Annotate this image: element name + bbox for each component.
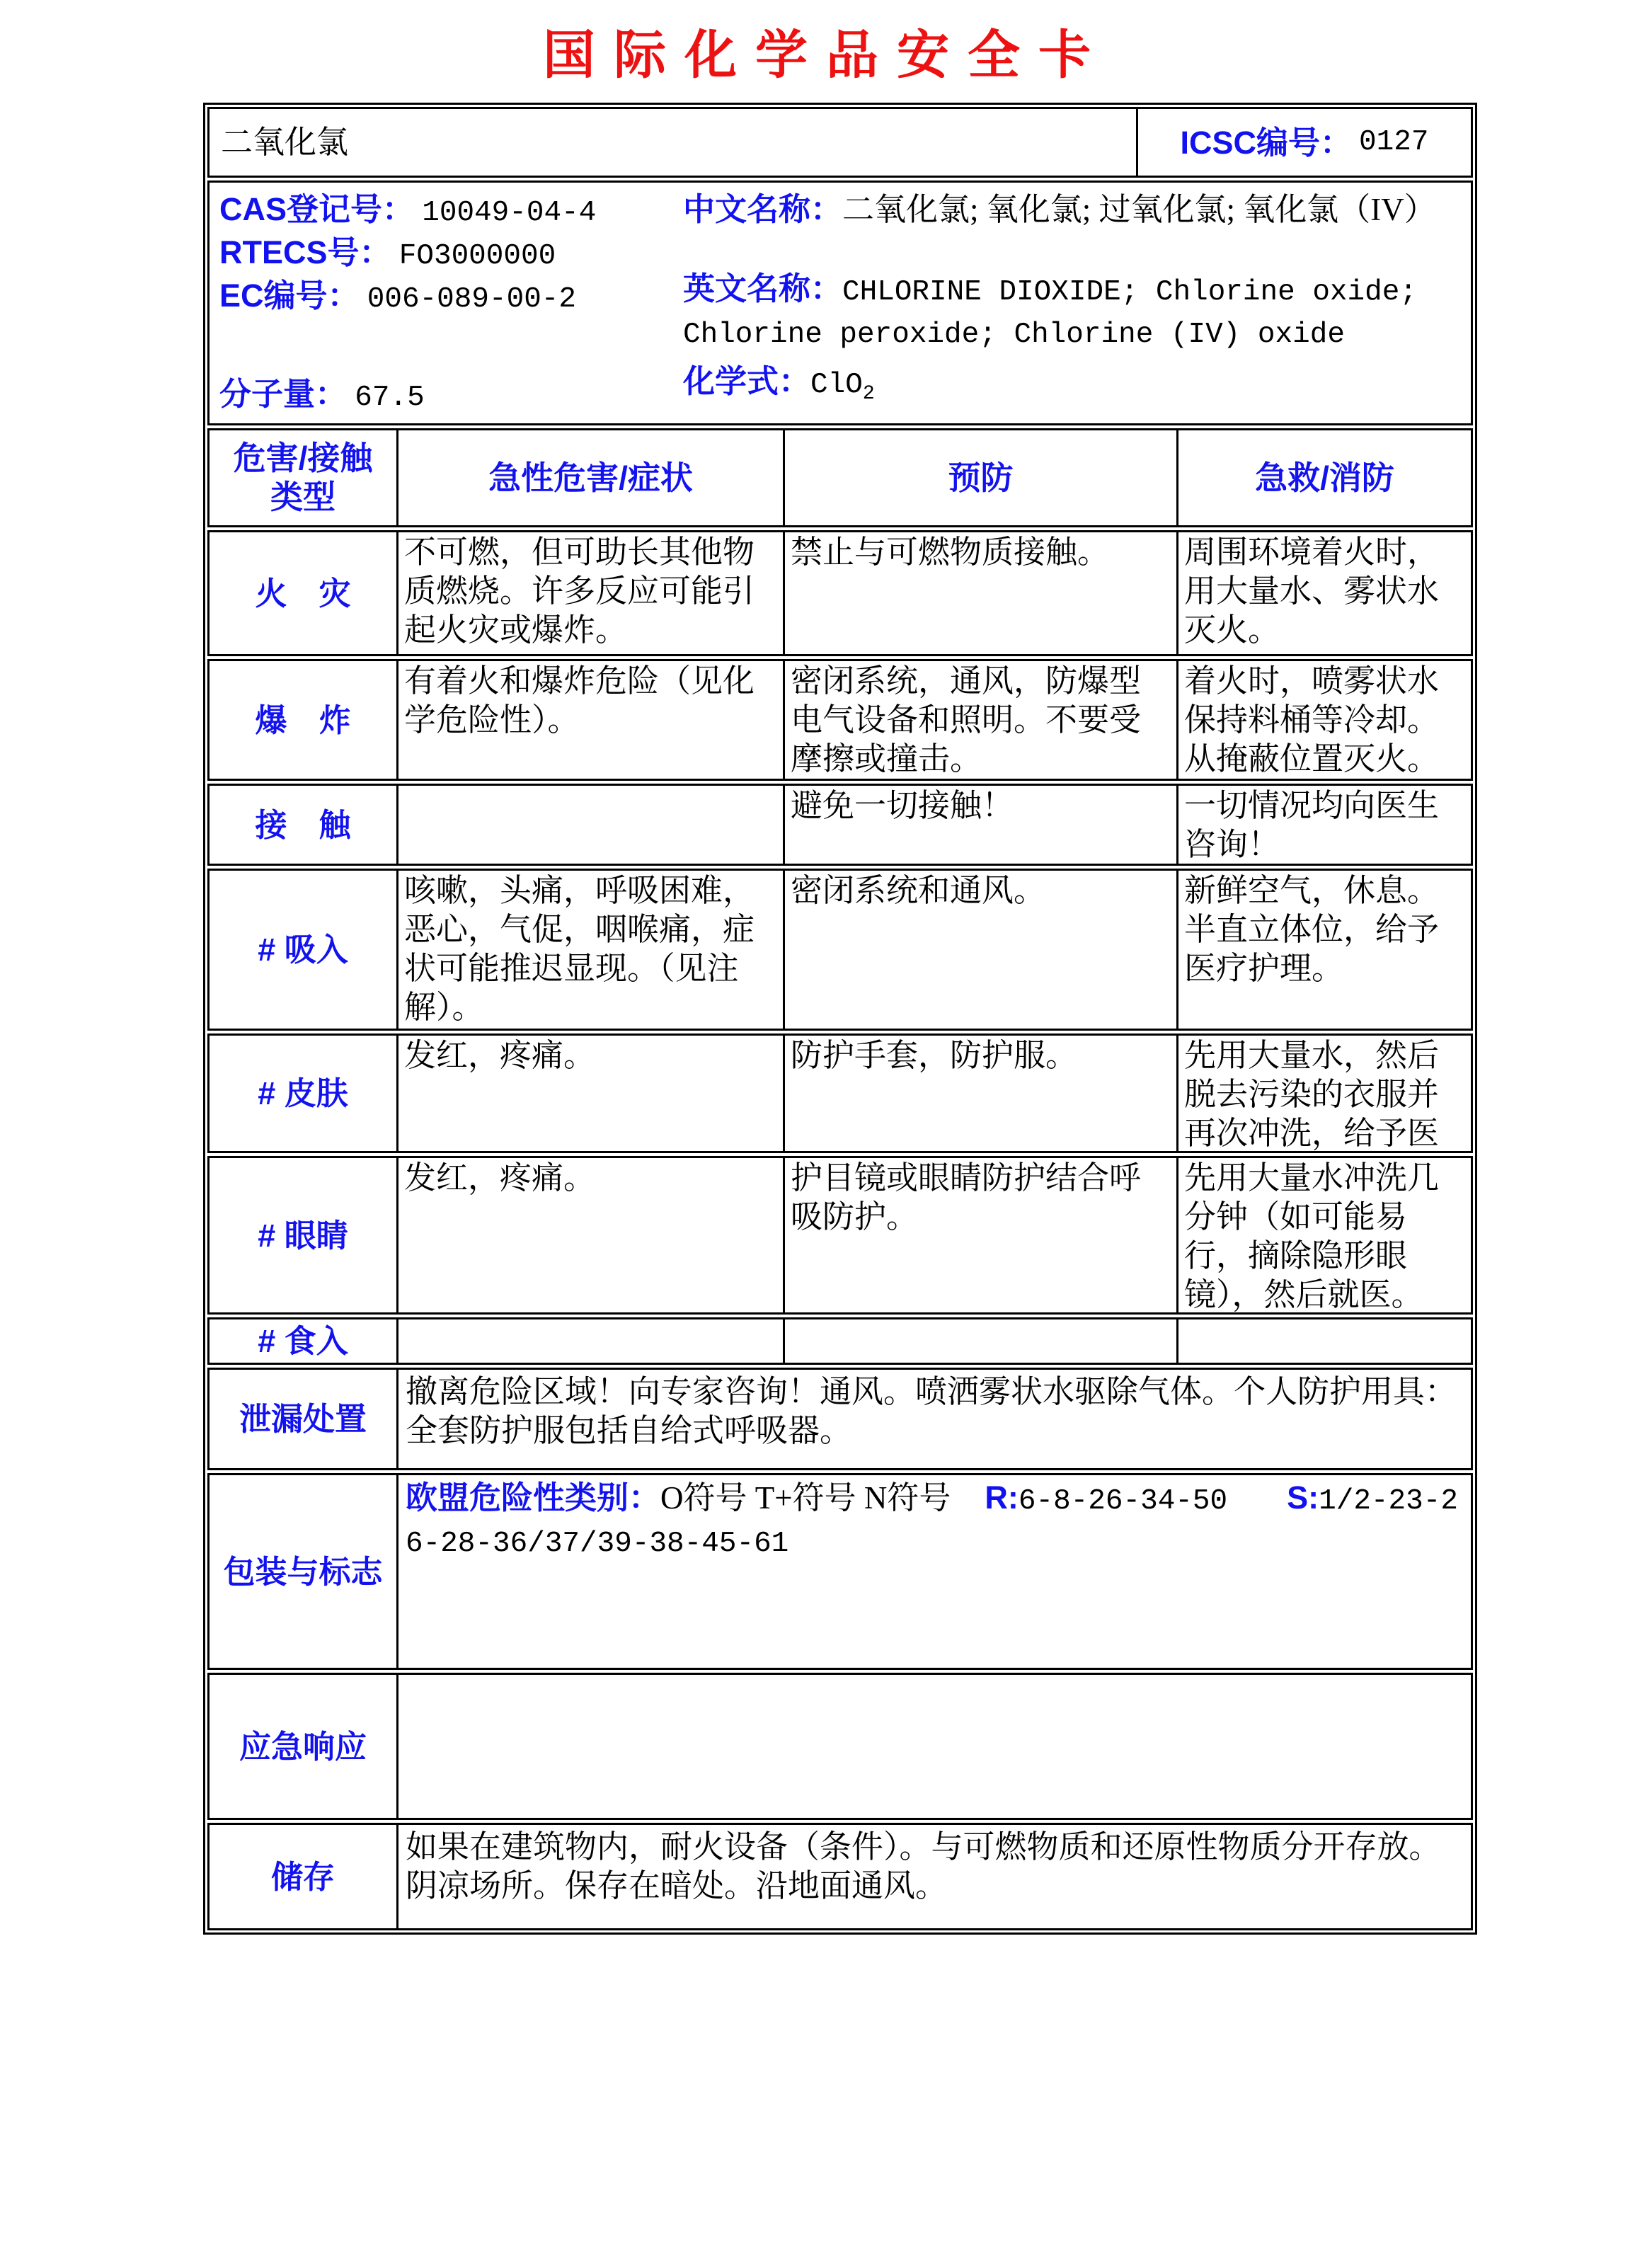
inhalation-response: 新鲜空气，休息。半直立体位，给予医疗护理。: [1178, 871, 1471, 1029]
rtecs-label: RTECS号：: [219, 234, 391, 270]
rtecs-line: RTECS号： FO3000000: [219, 233, 683, 276]
storage-content: 如果在建筑物内，耐火设备（条件）。与可燃物质和还原性物质分开存放。阴凉场所。保存…: [398, 1825, 1471, 1928]
skin-prevention: 防护手套，防护服。: [785, 1036, 1178, 1151]
section-packaging-labelling: 包装与标志 欧盟危险性类别：O符号 T+符号 N符号R:6-8-26-34-50…: [207, 1473, 1473, 1670]
r-phrase-value: 6-8-26-34-50: [1019, 1485, 1227, 1518]
explosion-prevention: 密闭系统，通风，防爆型电气设备和照明。不要受摩擦或撞击。: [785, 661, 1178, 779]
ingestion-symptoms: [398, 1319, 785, 1363]
row-label-skin: # 皮肤: [210, 1036, 398, 1151]
cas-label: CAS登记号：: [219, 191, 414, 227]
rtecs-value: FO3000000: [399, 240, 556, 273]
fire-symptoms: 不可燃，但可助长其他物质燃烧。许多反应可能引起火灾或爆炸。: [398, 532, 785, 654]
header-prevention: 预防: [785, 430, 1178, 525]
english-name-line: 英文名称：CHLORINE DIOXIDE; Chlorine oxide; C…: [683, 269, 1462, 355]
eu-class-label: 欧盟危险性类别：: [406, 1479, 660, 1516]
icsc-page: 国际化学品安全卡 二氧化氯 ICSC编号： 0127 CAS登记号： 10049…: [0, 0, 1652, 2256]
identity-row: CAS登记号： 10049-04-4 RTECS号： FO3000000 EC编…: [207, 181, 1473, 425]
substance-name: 二氧化氯: [210, 109, 1136, 176]
table-row-contact: 接 触 避免一切接触！ 一切情况均向医生咨询！: [207, 784, 1473, 866]
header-first-aid: 急救/消防: [1178, 430, 1471, 525]
row-label-explosion: 爆 炸: [210, 661, 398, 779]
s-phrase-label: S:: [1287, 1479, 1319, 1516]
r-phrase-label: R:: [985, 1479, 1018, 1516]
skin-symptoms: 发红，疼痛。: [398, 1036, 785, 1151]
formula-value: ClO2: [810, 369, 875, 401]
inhalation-symptoms: 咳嗽，头痛，呼吸困难，恶心，气促，咽喉痛，症状可能推迟显现。（见注解）。: [398, 871, 785, 1029]
section-emergency-response: 应急响应: [207, 1673, 1473, 1820]
table-row-explosion: 爆 炸 有着火和爆炸危险（见化学危险性）。 密闭系统，通风，防爆型电气设备和照明…: [207, 659, 1473, 781]
chinese-name-label: 中文名称：: [683, 191, 842, 227]
eu-symbols: O符号 T+符号 N符号: [660, 1480, 951, 1516]
chinese-name-line: 中文名称：二氧化氯; 氧化氯; 过氧化氯; 氧化氯（IV）: [683, 190, 1462, 229]
header-hazard-type: 危害/接触 类型: [210, 430, 398, 525]
eyes-symptoms: 发红，疼痛。: [398, 1158, 785, 1312]
row-label-fire: 火 灾: [210, 532, 398, 654]
section-storage: 储存 如果在建筑物内，耐火设备（条件）。与可燃物质和还原性物质分开存放。阴凉场所…: [207, 1823, 1473, 1930]
header-acute-hazards: 急性危害/症状: [398, 430, 785, 525]
ingestion-response: [1178, 1319, 1471, 1363]
row-label-inhalation: # 吸入: [210, 871, 398, 1029]
hazard-header-row: 危害/接触 类型 急性危害/症状 预防 急救/消防: [207, 428, 1473, 527]
emergency-label: 应急响应: [210, 1675, 398, 1818]
packaging-content: 欧盟危险性类别：O符号 T+符号 N符号R:6-8-26-34-50S:1/2-…: [398, 1475, 1471, 1668]
spill-content: 撤离危险区域！向专家咨询！通风。喷洒雾状水驱除气体。个人防护用具：全套防护服包括…: [398, 1370, 1471, 1468]
contact-prevention: 避免一切接触！: [785, 786, 1178, 864]
page-title: 国际化学品安全卡: [0, 27, 1652, 84]
safety-card: 二氧化氯 ICSC编号： 0127 CAS登记号： 10049-04-4 RTE…: [203, 103, 1477, 1935]
names-column: 中文名称：二氧化氯; 氧化氯; 过氧化氯; 氧化氯（IV） 英文名称：CHLOR…: [683, 183, 1471, 423]
icsc-cell: ICSC编号： 0127: [1136, 109, 1471, 176]
ec-label: EC编号：: [219, 277, 360, 314]
ec-value: 006-089-00-2: [367, 283, 576, 316]
row-label-contact: 接 触: [210, 786, 398, 864]
formula-line: 化学式：ClO2: [683, 362, 1462, 413]
packaging-label: 包装与标志: [210, 1475, 398, 1668]
table-row-skin: # 皮肤 发红，疼痛。 防护手套，防护服。 先用大量水，然后脱去污染的衣服并再次…: [207, 1033, 1473, 1153]
registry-column: CAS登记号： 10049-04-4 RTECS号： FO3000000 EC编…: [210, 183, 683, 423]
formula-label: 化学式：: [683, 363, 810, 399]
chinese-name-value: 二氧化氯; 氧化氯; 过氧化氯; 氧化氯（IV）: [842, 192, 1436, 227]
mol-weight-value: 67.5: [355, 382, 424, 414]
mol-weight-line: 分子量： 67.5: [219, 374, 683, 418]
cas-value: 10049-04-4: [422, 197, 596, 229]
fire-response: 周围环境着火时，用大量水、雾状水灭火。: [1178, 532, 1471, 654]
eyes-prevention: 护目镜或眼睛防护结合呼吸防护。: [785, 1158, 1178, 1312]
row-label-eyes: # 眼睛: [210, 1158, 398, 1312]
table-row-fire: 火 灾 不可燃，但可助长其他物质燃烧。许多反应可能引起火灾或爆炸。 禁止与可燃物…: [207, 530, 1473, 656]
cas-line: CAS登记号： 10049-04-4: [219, 190, 683, 233]
icsc-number: 0127: [1359, 123, 1428, 162]
contact-response: 一切情况均向医生咨询！: [1178, 786, 1471, 864]
ec-line: EC编号： 006-089-00-2: [219, 276, 683, 319]
fire-prevention: 禁止与可燃物质接触。: [785, 532, 1178, 654]
row-label-ingestion: # 食入: [210, 1319, 398, 1363]
explosion-response: 着火时，喷雾状水保持料桶等冷却。从掩蔽位置灭火。: [1178, 661, 1471, 779]
icsc-label: ICSC编号：: [1181, 123, 1353, 162]
emergency-content: [398, 1675, 1471, 1818]
ingestion-prevention: [785, 1319, 1178, 1363]
skin-response: 先用大量水，然后脱去污染的衣服并再次冲洗，给予医疗护理。: [1178, 1036, 1471, 1151]
formula-subscript: 2: [863, 383, 875, 405]
explosion-symptoms: 有着火和爆炸危险（见化学危险性）。: [398, 661, 785, 779]
storage-label: 储存: [210, 1825, 398, 1928]
contact-symptoms: [398, 786, 785, 864]
section-spill-disposal: 泄漏处置 撤离危险区域！向专家咨询！通风。喷洒雾状水驱除气体。个人防护用具：全套…: [207, 1368, 1473, 1470]
inhalation-prevention: 密闭系统和通风。: [785, 871, 1178, 1029]
eyes-response: 先用大量水冲洗几分钟（如可能易行，摘除隐形眼镜），然后就医。: [1178, 1158, 1471, 1312]
table-row-ingestion: # 食入: [207, 1317, 1473, 1365]
title-row: 二氧化氯 ICSC编号： 0127: [207, 107, 1473, 178]
english-name-label: 英文名称：: [683, 270, 842, 307]
spacer: [219, 319, 683, 374]
spill-label: 泄漏处置: [210, 1370, 398, 1468]
table-row-eyes: # 眼睛 发红，疼痛。 护目镜或眼睛防护结合呼吸防护。 先用大量水冲洗几分钟（如…: [207, 1156, 1473, 1315]
mol-weight-label: 分子量：: [219, 376, 347, 412]
table-row-inhalation: # 吸入 咳嗽，头痛，呼吸困难，恶心，气促，咽喉痛，症状可能推迟显现。（见注解）…: [207, 869, 1473, 1031]
